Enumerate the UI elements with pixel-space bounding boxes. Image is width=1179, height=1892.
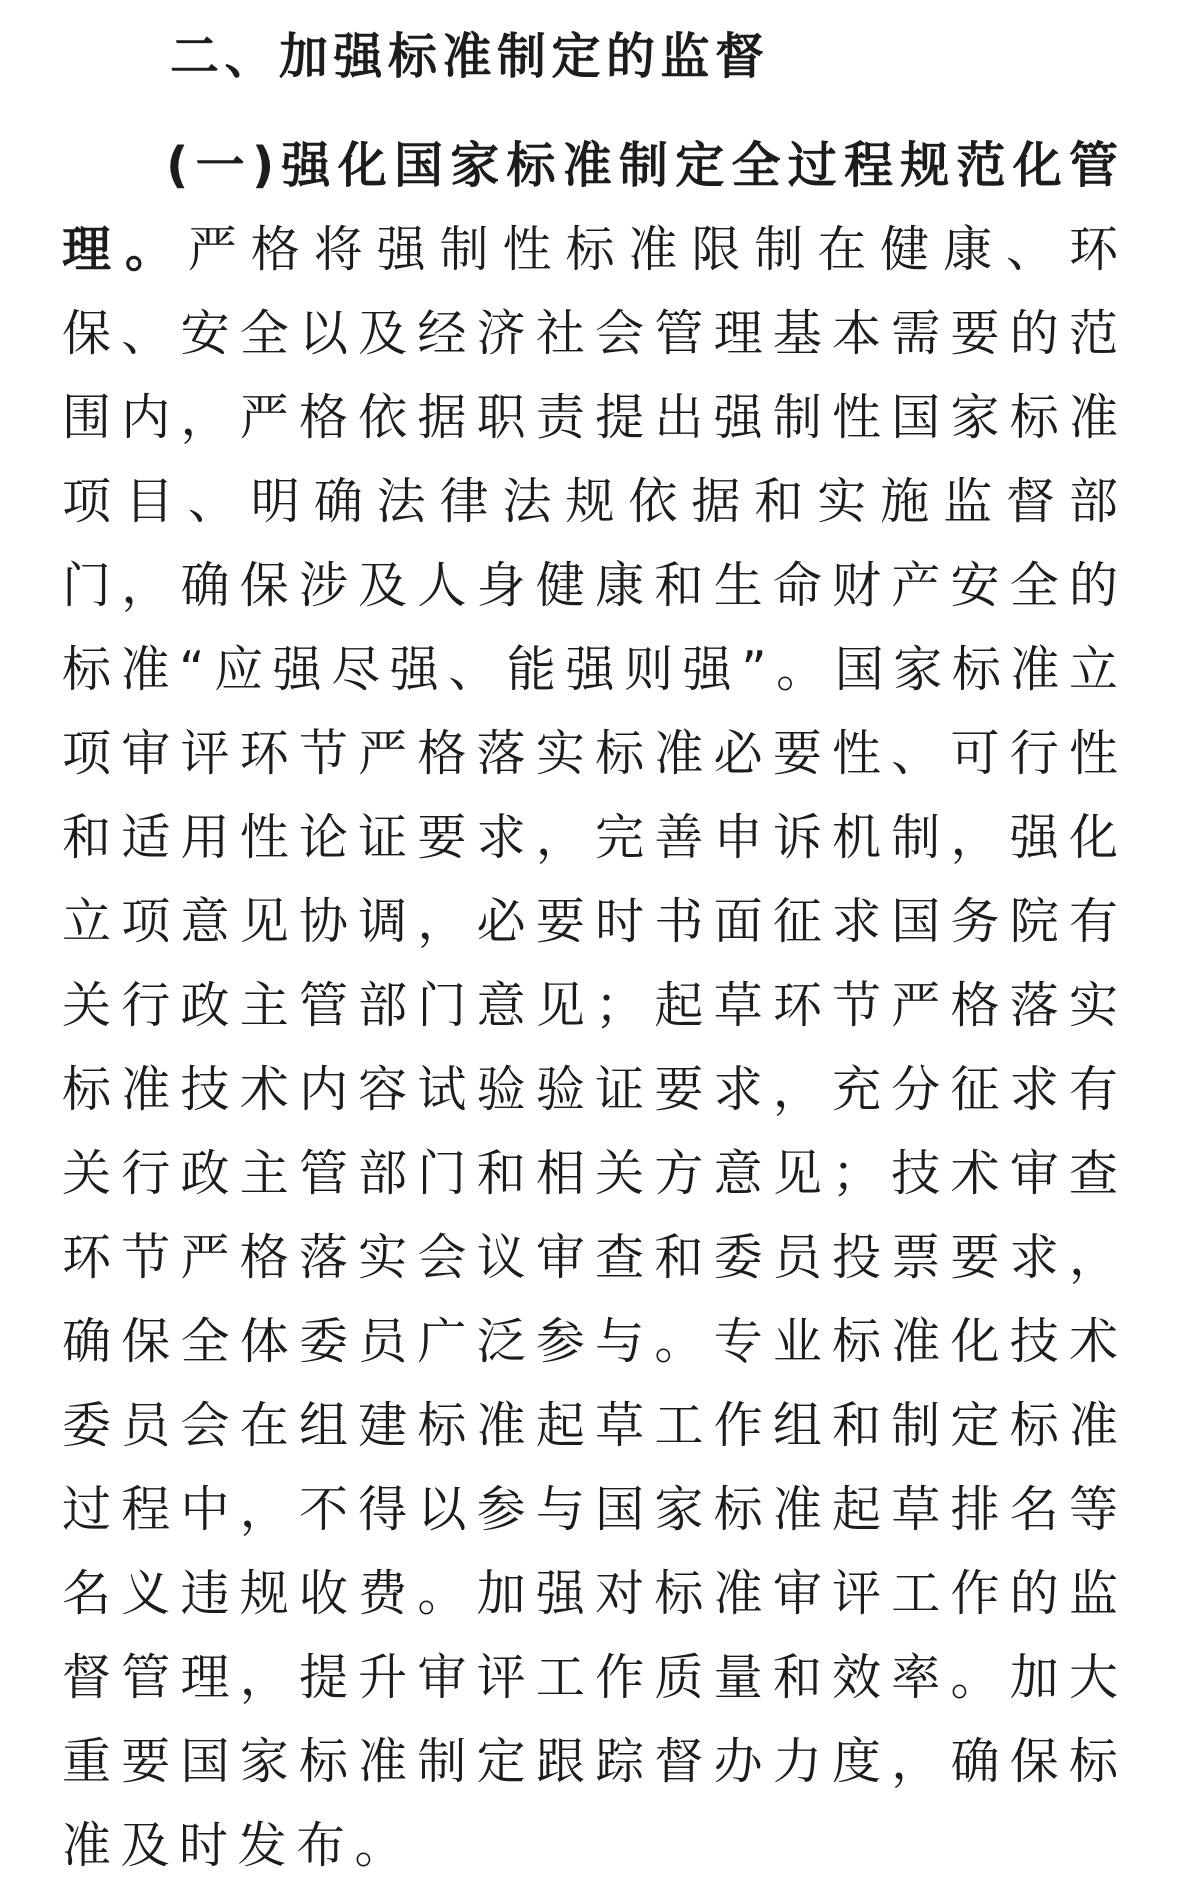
paragraph-line: 和适用性论证要求，完善申诉机制，强化 [62,796,1118,880]
paragraph-line: 立项意见协调，必要时书面征求国务院有 [62,880,1118,964]
paragraph-line: 项目、明确法律法规依据和实施监督部 [62,460,1118,544]
paragraph-line: 理。严格将强制性标准限制在健康、环 [62,208,1118,292]
subsection-heading-end: 理。 [62,221,188,278]
paragraph-text: 严格将强制性标准限制在健康、环 [188,221,1118,278]
paragraph-line: 关行政主管部门和相关方意见；技术审查 [62,1132,1118,1216]
section-heading: 二、加强标准制定的监督 [170,15,790,99]
paragraph-line: 门，确保涉及人身健康和生命财产安全的 [62,544,1118,628]
paragraph-line: 过程中，不得以参与国家标准起草排名等 [62,1468,1118,1552]
paragraph-line: 重要国家标准制定跟踪督办力度，确保标 [62,1720,1118,1804]
paragraph-line: 围内，严格依据职责提出强制性国家标准 [62,376,1118,460]
paragraph-line: 保、安全以及经济社会管理基本需要的范 [62,292,1118,376]
paragraph-line: 关行政主管部门意见；起草环节严格落实 [62,964,1118,1048]
paragraph-line: 确保全体委员广泛参与。专业标准化技术 [62,1300,1118,1384]
paragraph-line: 标准技术内容试验验证要求，充分征求有 [62,1048,1118,1132]
paragraph-line: 督管理，提升审评工作质量和效率。加大 [62,1636,1118,1720]
paragraph-line-last: 准及时发布。 [62,1804,1118,1888]
paragraph-line: 环节严格落实会议审查和委员投票要求， [62,1216,1118,1300]
subsection-heading: (一)强化国家标准制定全过程规范化管 [166,124,1118,208]
paragraph-line: 项审评环节严格落实标准必要性、可行性 [62,712,1118,796]
document-page: 二、加强标准制定的监督 (一)强化国家标准制定全过程规范化管 理。严格将强制性标… [0,0,1179,1892]
paragraph-line: 名义违规收费。加强对标准审评工作的监 [62,1552,1118,1636]
paragraph-line: 委员会在组建标准起草工作组和制定标准 [62,1384,1118,1468]
paragraph-line: 标准“应强尽强、能强则强”。国家标准立 [62,628,1118,712]
